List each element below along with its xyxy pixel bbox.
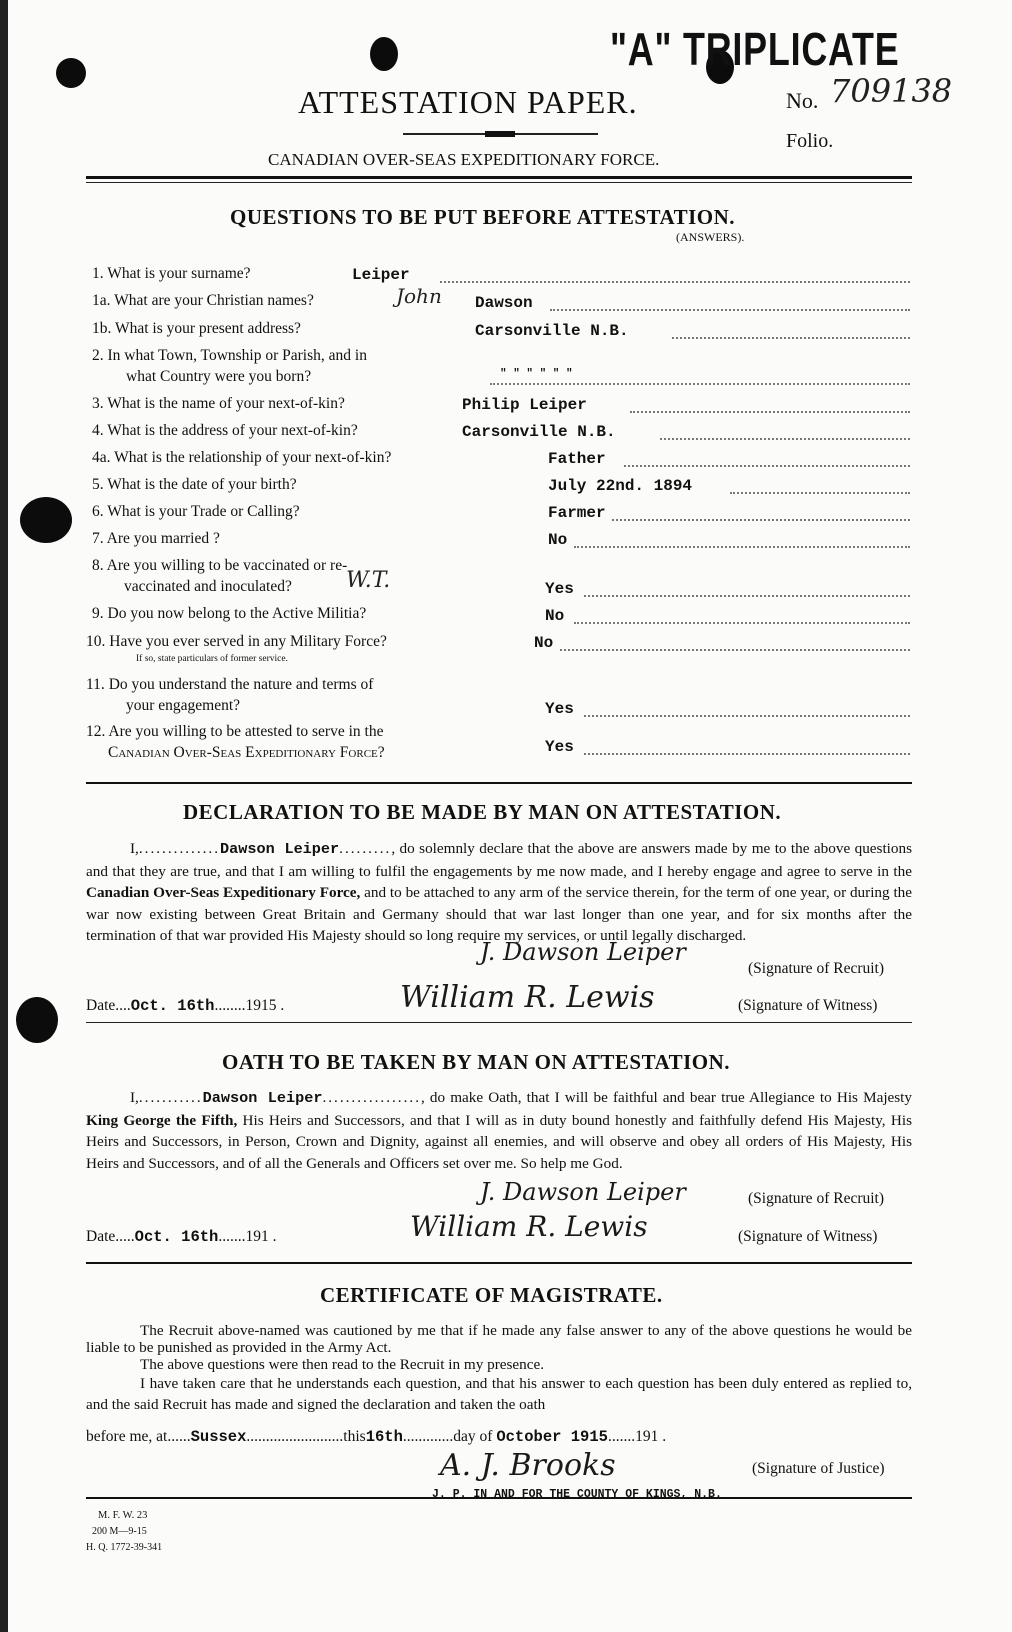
triplicate-stamp: "A" TRIPLICATE xyxy=(610,22,899,76)
question-5: 5. What is the date of your birth? xyxy=(92,476,297,494)
section-rule xyxy=(86,1022,912,1023)
question-10-note: If so, state particulars of former servi… xyxy=(136,654,288,664)
answer-1b: Carsonville N.B. xyxy=(475,322,629,340)
answers-label: (ANSWERS). xyxy=(676,230,744,245)
dotted-line xyxy=(730,492,910,494)
force-subtitle: CANADIAN OVER-SEAS EXPEDITIONARY FORCE. xyxy=(268,150,659,170)
answer-9: No xyxy=(545,607,564,625)
dotted-line xyxy=(624,465,910,467)
dotted-line xyxy=(660,438,910,440)
scan-edge xyxy=(0,0,8,1632)
question-8-cont: vaccinated and inoculated? xyxy=(124,578,292,596)
question-7: 7. Are you married ? xyxy=(92,530,220,548)
dotted-line xyxy=(672,337,910,339)
declaration-text: I,..............Dawson Leiper........., … xyxy=(86,838,912,947)
question-6: 6. What is your Trade or Calling? xyxy=(92,503,300,521)
dotted-line xyxy=(440,281,910,283)
magistrate-p3: I have taken care that he understands ea… xyxy=(86,1373,912,1415)
punch-hole xyxy=(56,58,86,88)
answer-7: No xyxy=(548,531,567,549)
dotted-line xyxy=(560,649,910,651)
folio-label: Folio. xyxy=(786,130,833,153)
answer-12: Yes xyxy=(545,738,574,756)
question-11: 11. Do you understand the nature and ter… xyxy=(86,676,373,694)
recruit-signature-label: (Signature of Recruit) xyxy=(748,1190,884,1208)
page-title: ATTESTATION PAPER. xyxy=(298,84,638,121)
attestation-paper: "A" TRIPLICATE ATTESTATION PAPER. No. 70… xyxy=(0,0,1012,1632)
question-9: 9. Do you now belong to the Active Milit… xyxy=(92,605,366,623)
oath-text: I,...........Dawson Leiper..............… xyxy=(86,1087,912,1174)
answer-5: July 22nd. 1894 xyxy=(548,477,692,495)
answer-8: Yes xyxy=(545,580,574,598)
recruit-signature-label: (Signature of Recruit) xyxy=(748,960,884,978)
date-label: Date.....Oct. 16th.......191 . xyxy=(86,1228,276,1246)
dotted-line xyxy=(584,595,910,597)
punch-hole xyxy=(370,37,398,71)
handwritten-christian-name: John xyxy=(396,284,442,308)
dotted-line xyxy=(574,546,910,548)
answer-10: No xyxy=(534,634,553,652)
magistrate-p2: The above questions were then read to th… xyxy=(86,1356,912,1373)
dotted-line xyxy=(490,383,910,385)
dotted-line xyxy=(612,519,910,521)
hq-reference: H. Q. 1772-39-341 xyxy=(86,1542,162,1553)
section-rule xyxy=(86,782,912,784)
title-ornament xyxy=(485,131,515,137)
question-1b: 1b. What is your present address? xyxy=(92,320,301,338)
question-10: 10. Have you ever served in any Military… xyxy=(86,633,387,651)
dotted-line xyxy=(630,411,910,413)
place-value: Sussex xyxy=(191,1428,247,1446)
question-12-cont: Canadian Over-Seas Expeditionary Force? xyxy=(108,744,385,762)
declaration-witness-signature: William R. Lewis xyxy=(400,980,655,1015)
form-code: M. F. W. 23 xyxy=(98,1510,147,1521)
declaration-name: Dawson Leiper xyxy=(220,840,339,858)
declaration-recruit-signature: J. Dawson Leiper xyxy=(480,938,686,966)
answer-3: Philip Leiper xyxy=(462,396,587,414)
question-2: 2. In what Town, Township or Parish, and… xyxy=(92,347,367,365)
handwritten-initials: W.T. xyxy=(346,568,390,593)
oath-heading: OATH TO BE TAKEN BY MAN ON ATTESTATION. xyxy=(222,1050,730,1075)
question-4: 4. What is the address of your next-of-k… xyxy=(92,422,358,440)
day-value: 16th xyxy=(366,1428,403,1446)
month-value: October 1915 xyxy=(496,1428,608,1446)
question-3: 3. What is the name of your next-of-kin? xyxy=(92,395,345,413)
question-8: 8. Are you willing to be vaccinated or r… xyxy=(92,557,347,575)
section-rule xyxy=(86,1497,912,1499)
section-rule xyxy=(86,1262,912,1264)
question-4a: 4a. What is the relationship of your nex… xyxy=(92,449,391,467)
number-value: 709138 xyxy=(830,72,952,110)
dotted-line xyxy=(584,715,910,717)
answer-2: " " " " " " xyxy=(500,368,573,380)
dotted-line xyxy=(574,622,910,624)
magistrate-heading: CERTIFICATE OF MAGISTRATE. xyxy=(320,1283,663,1308)
answer-6: Farmer xyxy=(548,504,606,522)
oath-name: Dawson Leiper xyxy=(203,1089,323,1107)
oath-witness-signature: William R. Lewis xyxy=(410,1210,648,1243)
answer-1a: Dawson xyxy=(475,294,533,312)
answer-4a: Father xyxy=(548,450,606,468)
dotted-line xyxy=(550,309,910,311)
punch-hole xyxy=(16,997,58,1043)
declaration-heading: DECLARATION TO BE MADE BY MAN ON ATTESTA… xyxy=(183,800,781,825)
header-rule xyxy=(86,176,912,179)
answer-1: Leiper xyxy=(352,266,410,284)
magistrate-p1: The Recruit above-named was cautioned by… xyxy=(86,1322,912,1356)
print-run: 200 M—9-15 xyxy=(92,1526,147,1537)
date-label: Date....Oct. 16th........1915 . xyxy=(86,997,284,1015)
question-12: 12. Are you willing to be attested to se… xyxy=(86,723,383,741)
oath-recruit-signature: J. Dawson Leiper xyxy=(480,1178,686,1206)
question-11-cont: your engagement? xyxy=(126,697,240,715)
header-rule xyxy=(86,182,912,183)
witness-signature-label: (Signature of Witness) xyxy=(738,1228,877,1246)
jp-stamp: J. P. IN AND FOR THE COUNTY OF KINGS, N.… xyxy=(432,1488,722,1501)
witness-signature-label: (Signature of Witness) xyxy=(738,997,877,1015)
justice-signature-label: (Signature of Justice) xyxy=(752,1460,885,1478)
before-me-line: before me, at......Sussex...............… xyxy=(86,1428,666,1446)
answer-4: Carsonville N.B. xyxy=(462,423,616,441)
punch-hole xyxy=(20,497,72,543)
justice-signature: A. J. Brooks xyxy=(440,1448,616,1483)
answer-11: Yes xyxy=(545,700,574,718)
question-2-cont: what Country were you born? xyxy=(126,368,311,386)
question-1: 1. What is your surname? xyxy=(92,265,251,283)
dotted-line xyxy=(584,753,910,755)
number-label: No. xyxy=(786,88,818,114)
questions-heading: QUESTIONS TO BE PUT BEFORE ATTESTATION. xyxy=(230,205,735,230)
question-1a: 1a. What are your Christian names? xyxy=(92,292,314,310)
